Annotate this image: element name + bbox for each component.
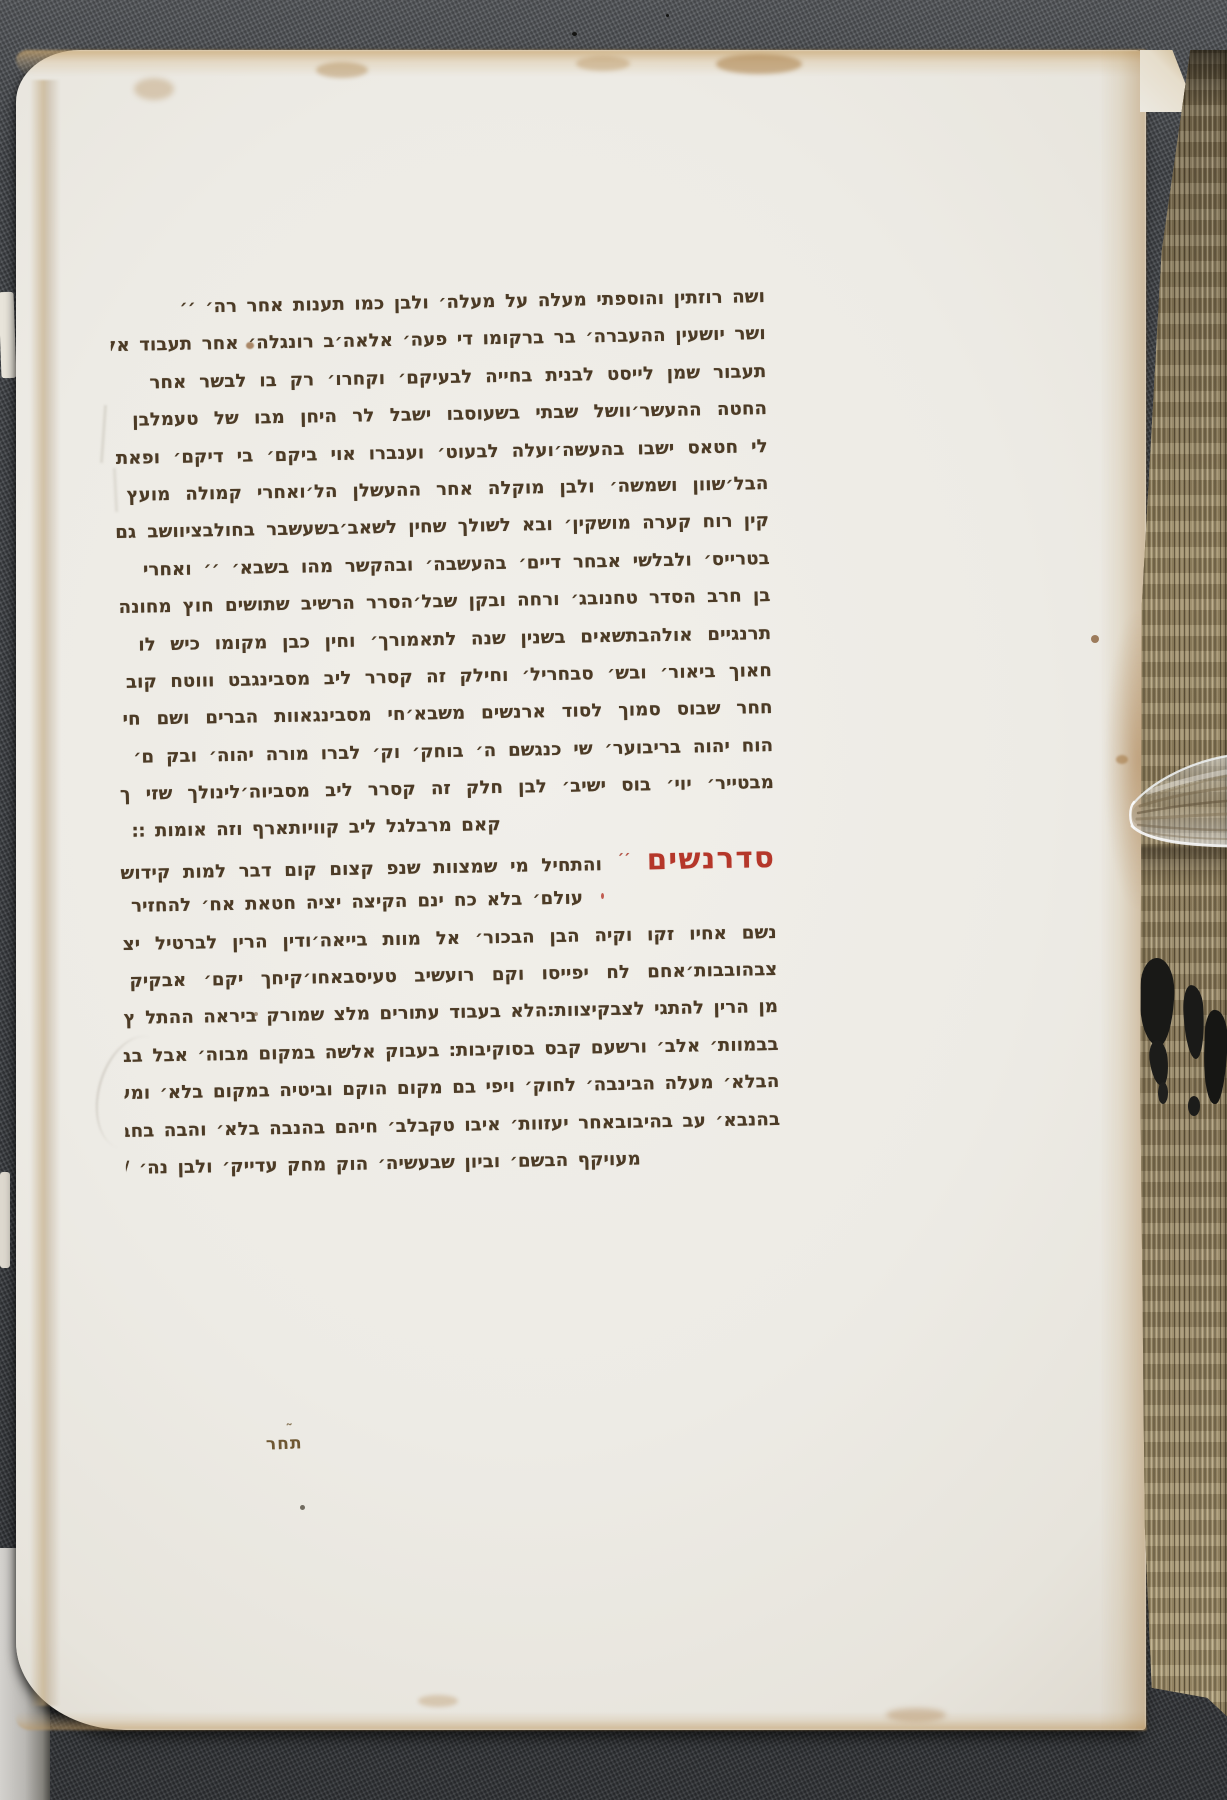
ink-bleedthrough bbox=[100, 405, 107, 463]
edge-stain bbox=[134, 78, 174, 100]
cloth-speck bbox=[572, 32, 577, 36]
manuscript-page: ושה רוזתין והוספתי מעלה על מעלה׳ ולבן כמ… bbox=[16, 50, 1146, 1730]
glass-weight-rod bbox=[1118, 742, 1227, 860]
page-bottom-browning bbox=[16, 1712, 1146, 1730]
ink-stain bbox=[1148, 1039, 1171, 1087]
ink-stain bbox=[1202, 1010, 1227, 1105]
rubric-mark: ׳׳ bbox=[618, 841, 631, 871]
catchword-flourish: ˜ bbox=[285, 1421, 294, 1439]
cloth-speck bbox=[666, 14, 669, 17]
foxing-spot bbox=[418, 1695, 458, 1707]
catchword: ˜ תחר bbox=[266, 1433, 303, 1454]
text-block: ושה רוזתין והוספתי מעלה על מעלה׳ ולבן כמ… bbox=[110, 278, 781, 1187]
manuscript-photograph: ושה רוזתין והוספתי מעלה על מעלה׳ ולבן כמ… bbox=[0, 0, 1227, 1800]
foxing-spot bbox=[1091, 635, 1099, 643]
catchword-word: תחר bbox=[266, 1433, 303, 1454]
rubric-ink-dot bbox=[601, 893, 604, 899]
ink-stain bbox=[1138, 957, 1175, 1046]
ink-stain bbox=[1182, 985, 1206, 1060]
foxing-spot bbox=[300, 1505, 305, 1510]
page-top-browning bbox=[16, 50, 1146, 76]
section-heading-rubric: סדרנשים bbox=[646, 839, 775, 877]
ink-stain bbox=[1158, 1082, 1168, 1104]
gutter-crease bbox=[30, 80, 60, 1706]
facing-leaf-sliver bbox=[0, 1172, 10, 1268]
facing-leaf-sliver bbox=[0, 292, 16, 378]
ink-stain bbox=[1188, 1096, 1200, 1116]
